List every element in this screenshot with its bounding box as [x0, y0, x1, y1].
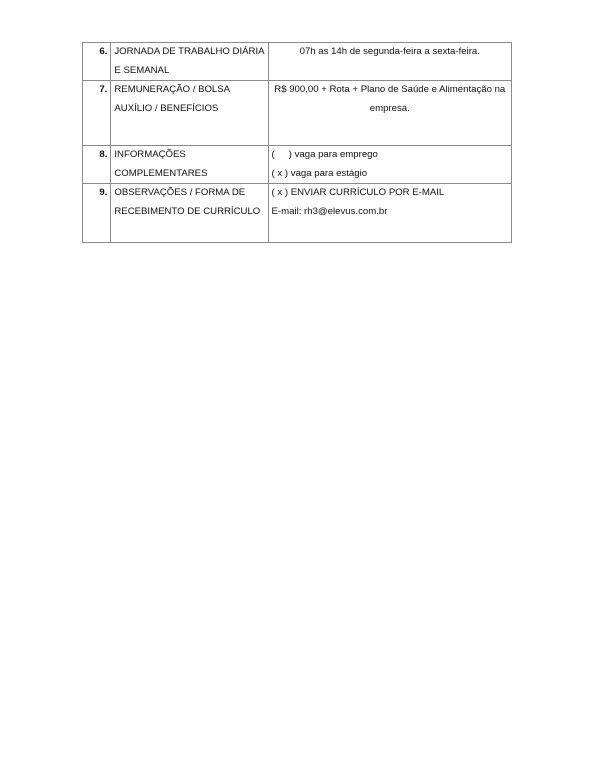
row-number: 7. [83, 81, 111, 146]
row-value: R$ 900,00 + Rota + Plano de Saúde e Alim… [268, 81, 511, 146]
row-label: OBSERVAÇÕES / FORMA DE RECEBIMENTO DE CU… [111, 184, 268, 243]
option-internship: ( x ) vaga para estágio [272, 165, 508, 184]
table-row-additional-info: 8. INFORMAÇÕES COMPLEMENTARES () vaga pa… [83, 146, 512, 184]
table-row-work-hours: 6. JORNADA DE TRABALHO DIÁRIA E SEMANAL … [83, 43, 512, 81]
contact-email: E-mail: rh3@elevus.com.br [272, 203, 508, 222]
row-value: ( x ) ENVIAR CURRÍCULO POR E-MAIL E-mail… [268, 184, 511, 243]
row-label: JORNADA DE TRABALHO DIÁRIA E SEMANAL [111, 43, 268, 81]
table-row-remuneration: 7. REMUNERAÇÃO / BOLSA AUXÍLIO / BENEFÍC… [83, 81, 512, 146]
option-job-vacancy: () vaga para emprego [272, 146, 508, 165]
table-row-observations: 9. OBSERVAÇÕES / FORMA DE RECEBIMENTO DE… [83, 184, 512, 243]
row-value: 07h as 14h de segunda-feira a sexta-feir… [268, 43, 511, 81]
row-label: REMUNERAÇÃO / BOLSA AUXÍLIO / BENEFÍCIOS [111, 81, 268, 146]
row-number: 6. [83, 43, 111, 81]
job-info-table: 6. JORNADA DE TRABALHO DIÁRIA E SEMANAL … [82, 42, 512, 243]
row-number: 9. [83, 184, 111, 243]
checkbox-mark: x [277, 168, 282, 179]
row-label: INFORMAÇÕES COMPLEMENTARES [111, 146, 268, 184]
row-value: () vaga para emprego ( x ) vaga para est… [268, 146, 511, 184]
row-number: 8. [83, 146, 111, 184]
